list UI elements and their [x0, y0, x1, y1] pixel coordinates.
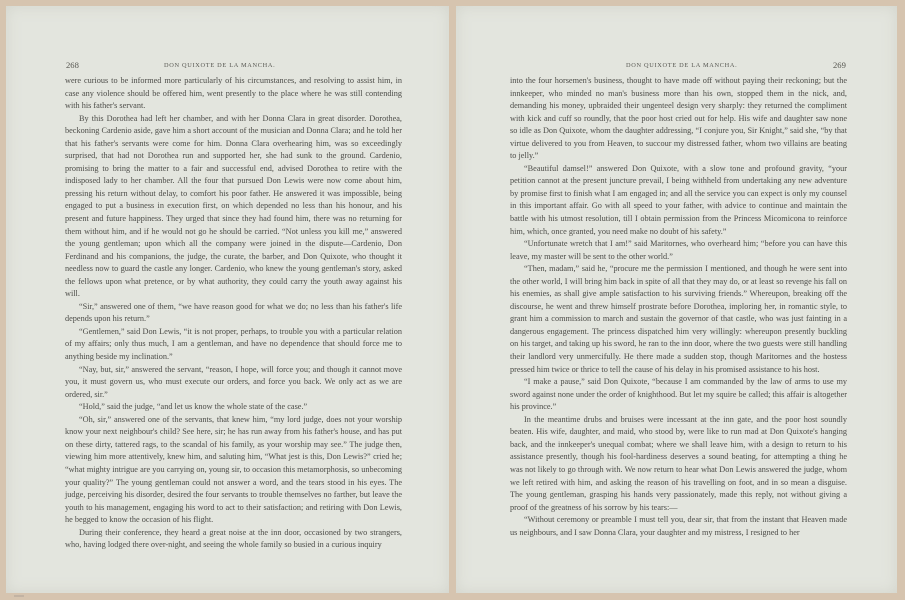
paragraph: “Gentlemen,” said Don Lewis, “it is not … — [65, 326, 402, 364]
paragraph: were curious to be informed more particu… — [65, 75, 402, 113]
page-number: 269 — [833, 60, 846, 70]
paragraph: “Oh, sir,” answered one of the servants,… — [65, 414, 402, 527]
page-number: 268 — [66, 60, 79, 70]
archive-mark — [14, 595, 24, 597]
left-page: 268 DON QUIXOTE DE LA MANCHA. were curio… — [6, 6, 449, 593]
page-body: were curious to be informed more particu… — [65, 75, 402, 552]
paragraph: “Beautiful damsel!” answered Don Quixote… — [510, 163, 847, 238]
paragraph: By this Dorothea had left her chamber, a… — [65, 113, 402, 301]
paragraph: into the four horsemen's business, thoug… — [510, 75, 847, 163]
paragraph: “Hold,” said the judge, “and let us know… — [65, 401, 402, 414]
running-header: DON QUIXOTE DE LA MANCHA. — [626, 62, 737, 69]
paragraph: “Nay, but, sir,” answered the servant, “… — [65, 364, 402, 402]
running-header: DON QUIXOTE DE LA MANCHA. — [164, 62, 275, 69]
right-page: DON QUIXOTE DE LA MANCHA. 269 into the f… — [456, 6, 897, 593]
paragraph: In the meantime drubs and bruises were i… — [510, 414, 847, 514]
page-body: into the four horsemen's business, thoug… — [510, 75, 847, 539]
paragraph: “Sir,” answered one of them, “we have re… — [65, 301, 402, 326]
paragraph: “I make a pause,” said Don Quixote, “bec… — [510, 376, 847, 414]
paragraph: During their conference, they heard a gr… — [65, 527, 402, 552]
paragraph: “Unfortunate wretch that I am!” said Mar… — [510, 238, 847, 263]
paragraph: “Then, madam,” said he, “procure me the … — [510, 263, 847, 376]
paragraph: “Without ceremony or preamble I must tel… — [510, 514, 847, 539]
